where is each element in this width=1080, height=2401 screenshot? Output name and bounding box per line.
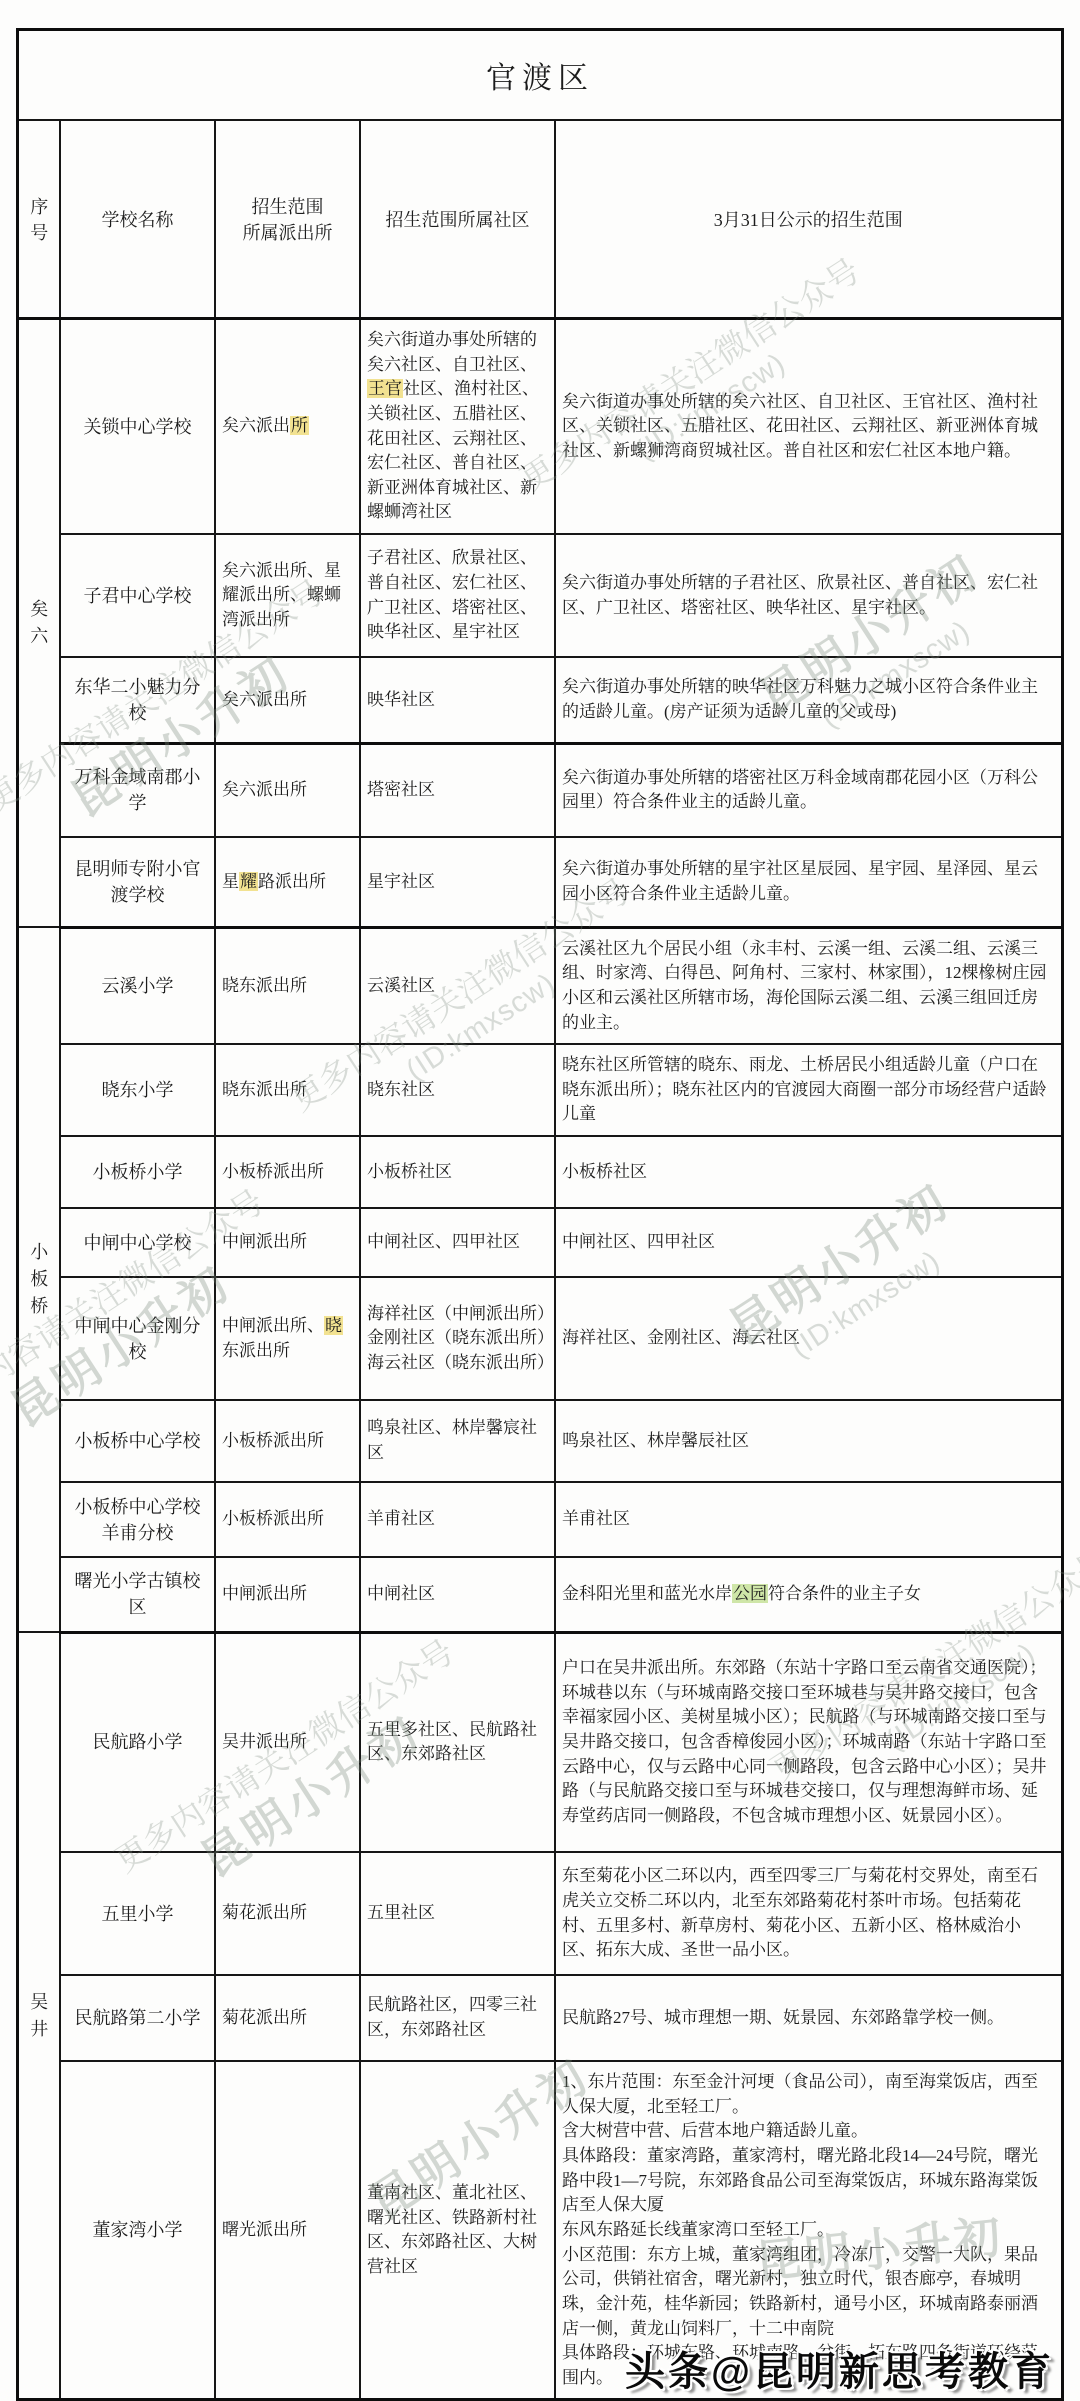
community-cell: 海祥社区（中闸派出所）金刚社区（晓东派出所）海云社区（晓东派出所） xyxy=(360,1277,555,1400)
school-name-cell: 小板桥中心学校 xyxy=(60,1400,215,1482)
school-name-cell: 子君中心学校 xyxy=(60,534,215,657)
school-name-cell: 东华二小魅力分校 xyxy=(60,657,215,743)
school-name-cell: 五里小学 xyxy=(60,1852,215,1975)
community-cell: 五里多社区、民航路社区、东郊路社区 xyxy=(360,1632,555,1852)
table-row: 曙光小学古镇校区中闸派出所中闸社区金科阳光里和蓝光水岸公园符合条件的业主子女 xyxy=(18,1557,1062,1632)
enrollment-scope-cell: 东至菊花小区二环以内，西至四零三厂与菊花村交界处，南至石虎关立交桥二环以内，北至… xyxy=(555,1852,1062,1975)
community-cell: 五里社区 xyxy=(360,1852,555,1975)
school-name-cell: 曙光小学古镇校区 xyxy=(60,1557,215,1632)
table-row: 五里小学菊花派出所五里社区东至菊花小区二环以内，西至四零三厂与菊花村交界处，南至… xyxy=(18,1852,1062,1975)
enrollment-scope-cell: 羊甫社区 xyxy=(555,1482,1062,1557)
table-row: 子君中心学校矣六派出所、星耀派出所、螺蛳湾派出所子君社区、欣景社区、普自社区、宏… xyxy=(18,534,1062,657)
table-row: 东华二小魅力分校矣六派出所映华社区矣六街道办事处所辖的映华社区万科魅力之城小区符… xyxy=(18,657,1062,743)
enrollment-scope-cell: 金科阳光里和蓝光水岸公园符合条件的业主子女 xyxy=(555,1557,1062,1632)
community-cell: 星宇社区 xyxy=(360,837,555,927)
page-title: 官渡区 xyxy=(18,30,1062,121)
table-row: 万科金域南郡小学矣六派出所塔密社区矣六街道办事处所辖的塔密社区万科金域南郡花园小… xyxy=(18,743,1062,837)
school-name-cell: 昆明师专附小官渡学校 xyxy=(60,837,215,927)
police-station-cell: 矣六派出所 xyxy=(215,657,360,743)
enrollment-table: 官渡区 序号 学校名称 招生范围 所属派出所 招生范围所属社区 3月31日公示的… xyxy=(16,28,1063,2401)
community-cell: 子君社区、欣景社区、普自社区、宏仁社区、广卫社区、塔密社区、映华社区、星宇社区 xyxy=(360,534,555,657)
table-row: 吴井民航路小学吴井派出所五里多社区、民航路社区、东郊路社区户口在吴井派出所。东郊… xyxy=(18,1632,1062,1852)
community-cell: 中闸社区 xyxy=(360,1557,555,1632)
header-serial: 序号 xyxy=(18,120,60,319)
header-police-station: 招生范围 所属派出所 xyxy=(215,120,360,319)
enrollment-scope-cell: 鸣泉社区、林岸馨辰社区 xyxy=(555,1400,1062,1482)
table-row: 小板桥中心学校羊甫分校小板桥派出所羊甫社区羊甫社区 xyxy=(18,1482,1062,1557)
table-row: 中闸中心金刚分校中闸派出所、晓东派出所海祥社区（中闸派出所）金刚社区（晓东派出所… xyxy=(18,1277,1062,1400)
community-cell: 中闸社区、四甲社区 xyxy=(360,1208,555,1277)
group-label: 小板桥 xyxy=(18,927,60,1632)
police-station-cell: 中闸派出所、晓东派出所 xyxy=(215,1277,360,1400)
table-row: 民航路第二小学菊花派出所民航路社区，四零三社区，东郊路社区民航路27号、城市理想… xyxy=(18,1975,1062,2061)
community-cell: 羊甫社区 xyxy=(360,1482,555,1557)
title-row: 官渡区 xyxy=(18,30,1062,121)
enrollment-scope-cell: 民航路27号、城市理想一期、妩景园、东郊路靠学校一侧。 xyxy=(555,1975,1062,2061)
police-station-cell: 晓东派出所 xyxy=(215,1044,360,1136)
community-cell: 塔密社区 xyxy=(360,743,555,837)
enrollment-scope-cell: 小板桥社区 xyxy=(555,1136,1062,1208)
police-station-cell: 矣六派出所、星耀派出所、螺蛳湾派出所 xyxy=(215,534,360,657)
table-row: 小板桥小学小板桥派出所小板桥社区小板桥社区 xyxy=(18,1136,1062,1208)
community-cell: 晓东社区 xyxy=(360,1044,555,1136)
community-cell: 矣六街道办事处所辖的矣六社区、自卫社区、王官社区、渔村社区、关锁社区、五腊社区、… xyxy=(360,319,555,535)
police-station-cell: 中闸派出所 xyxy=(215,1557,360,1632)
community-cell: 小板桥社区 xyxy=(360,1136,555,1208)
school-name-cell: 小板桥小学 xyxy=(60,1136,215,1208)
police-station-cell: 菊花派出所 xyxy=(215,1975,360,2061)
enrollment-scope-cell: 晓东社区所管辖的晓东、雨龙、土桥居民小组适龄儿童（户口在晓东派出所）；晓东社区内… xyxy=(555,1044,1062,1136)
school-name-cell: 云溪小学 xyxy=(60,927,215,1044)
school-name-cell: 万科金域南郡小学 xyxy=(60,743,215,837)
table-row: 小板桥云溪小学晓东派出所云溪社区云溪社区九个居民小组（永丰村、云溪一组、云溪二组… xyxy=(18,927,1062,1044)
enrollment-scope-cell: 矣六街道办事处所辖的星宇社区星辰园、星宇园、星泽园、星云园小区符合条件业主适龄儿… xyxy=(555,837,1062,927)
table-row: 中闸中心学校中闸派出所中闸社区、四甲社区中闸社区、四甲社区 xyxy=(18,1208,1062,1277)
group-label: 吴井 xyxy=(18,1632,60,2400)
table-row: 晓东小学晓东派出所晓东社区晓东社区所管辖的晓东、雨龙、土桥居民小组适龄儿童（户口… xyxy=(18,1044,1062,1136)
police-station-cell: 小板桥派出所 xyxy=(215,1136,360,1208)
table-row: 昆明师专附小官渡学校星耀路派出所星宇社区矣六街道办事处所辖的星宇社区星辰园、星宇… xyxy=(18,837,1062,927)
police-station-cell: 星耀路派出所 xyxy=(215,837,360,927)
police-station-cell: 中闸派出所 xyxy=(215,1208,360,1277)
school-name-cell: 中闸中心金刚分校 xyxy=(60,1277,215,1400)
police-station-cell: 矣六派出所 xyxy=(215,319,360,535)
school-name-cell: 小板桥中心学校羊甫分校 xyxy=(60,1482,215,1557)
header-row: 序号 学校名称 招生范围 所属派出所 招生范围所属社区 3月31日公示的招生范围 xyxy=(18,120,1062,319)
school-name-cell: 民航路小学 xyxy=(60,1632,215,1852)
enrollment-scope-cell: 海祥社区、金刚社区、海云社区 xyxy=(555,1277,1062,1400)
header-school-name: 学校名称 xyxy=(60,120,215,319)
police-station-cell: 吴井派出所 xyxy=(215,1632,360,1852)
enrollment-scope-cell: 云溪社区九个居民小组（永丰村、云溪一组、云溪二组、云溪三组、时家湾、白得邑、阿角… xyxy=(555,927,1062,1044)
police-station-cell: 曙光派出所 xyxy=(215,2061,360,2400)
enrollment-scope-cell: 中闸社区、四甲社区 xyxy=(555,1208,1062,1277)
school-name-cell: 董家湾小学 xyxy=(60,2061,215,2400)
police-station-cell: 小板桥派出所 xyxy=(215,1482,360,1557)
school-name-cell: 民航路第二小学 xyxy=(60,1975,215,2061)
community-cell: 民航路社区，四零三社区，东郊路社区 xyxy=(360,1975,555,2061)
table-row: 小板桥中心学校小板桥派出所鸣泉社区、林岸馨宸社区鸣泉社区、林岸馨辰社区 xyxy=(18,1400,1062,1482)
scanned-document-page: 官渡区 序号 学校名称 招生范围 所属派出所 招生范围所属社区 3月31日公示的… xyxy=(0,0,1080,2401)
community-cell: 董南社区、董北社区、曙光社区、铁路新村社区、东郊路社区、大树营社区 xyxy=(360,2061,555,2400)
community-cell: 云溪社区 xyxy=(360,927,555,1044)
header-enrollment-scope: 3月31日公示的招生范围 xyxy=(555,120,1062,319)
enrollment-scope-cell: 矣六街道办事处所辖的塔密社区万科金域南郡花园小区（万科公园里）符合条件业主的适龄… xyxy=(555,743,1062,837)
school-name-cell: 晓东小学 xyxy=(60,1044,215,1136)
community-cell: 映华社区 xyxy=(360,657,555,743)
enrollment-scope-cell: 矣六街道办事处所辖的矣六社区、自卫社区、王官社区、渔村社区、关锁社区、五腊社区、… xyxy=(555,319,1062,535)
police-station-cell: 晓东派出所 xyxy=(215,927,360,1044)
school-name-cell: 中闸中心学校 xyxy=(60,1208,215,1277)
footer-credit: 头条@昆明新思考教育 xyxy=(625,2340,1054,2397)
header-community: 招生范围所属社区 xyxy=(360,120,555,319)
enrollment-scope-cell: 矣六街道办事处所辖的映华社区万科魅力之城小区符合条件业主的适龄儿童。(房产证须为… xyxy=(555,657,1062,743)
enrollment-scope-cell: 户口在吴井派出所。东郊路（东站十字路口至云南省交通医院）；环城巷以东（与环城南路… xyxy=(555,1632,1062,1852)
table-body: 官渡区 序号 学校名称 招生范围 所属派出所 招生范围所属社区 3月31日公示的… xyxy=(18,30,1062,2400)
police-station-cell: 小板桥派出所 xyxy=(215,1400,360,1482)
group-label: 矣六 xyxy=(18,319,60,928)
enrollment-scope-cell: 矣六街道办事处所辖的子君社区、欣景社区、普自社区、宏仁社区、广卫社区、塔密社区、… xyxy=(555,534,1062,657)
school-name-cell: 关锁中心学校 xyxy=(60,319,215,535)
community-cell: 鸣泉社区、林岸馨宸社区 xyxy=(360,1400,555,1482)
police-station-cell: 菊花派出所 xyxy=(215,1852,360,1975)
police-station-cell: 矣六派出所 xyxy=(215,743,360,837)
table-row: 矣六关锁中心学校矣六派出所矣六街道办事处所辖的矣六社区、自卫社区、王官社区、渔村… xyxy=(18,319,1062,535)
